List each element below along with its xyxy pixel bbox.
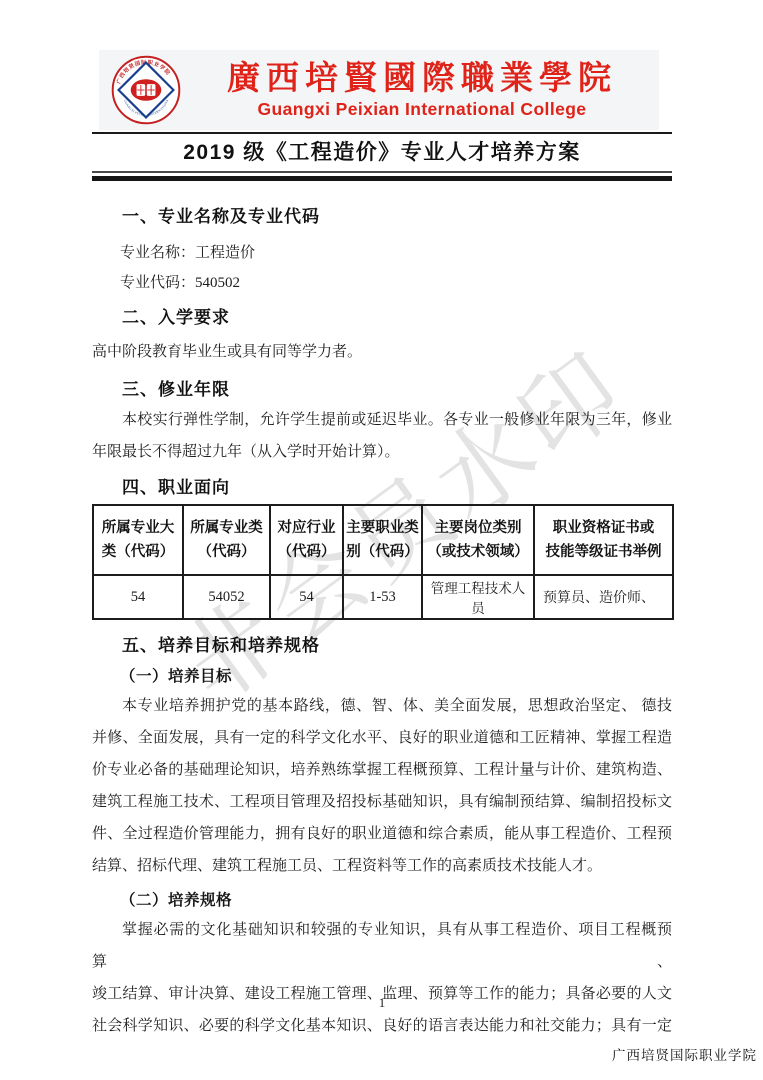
footer-college-name: 广西培贤国际职业学院 (612, 1044, 757, 1064)
title-divider (92, 171, 672, 181)
table-header-cell: 所属专业类 （代码） (183, 505, 270, 575)
table-cell: 54 (270, 575, 343, 619)
training-spec-paragraph: 掌握必需的文化基础知识和较强的专业知识，具有从事工程造价、项目工程概预算、竣工结… (92, 914, 672, 1042)
table-data-row: 5454052541-53管理工程技术人员预算员、造价师、 (93, 575, 673, 619)
table-header-cell: 主要岗位类别 （或技术领域） (422, 505, 534, 575)
table-header-cell: 对应行业 （代码） (270, 505, 343, 575)
table-header-cell: 职业资格证书或 技能等级证书举例 (534, 505, 673, 575)
table-header-row: 所属专业大 类（代码）所属专业类 （代码）对应行业 （代码）主要职业类 别（代码… (93, 505, 673, 575)
table-cell: 管理工程技术人员 (422, 575, 534, 619)
table-cell: 预算员、造价师、 (534, 575, 673, 619)
subsection-1-heading: （一）培养目标 (92, 666, 672, 688)
page-number: 1 (92, 995, 672, 1011)
career-orientation-table: 所属专业大 类（代码）所属专业类 （代码）对应行业 （代码）主要职业类 别（代码… (92, 504, 674, 620)
college-name-en: Guangxi Peixian International College (195, 99, 649, 119)
table-header-cell: 所属专业大 类（代码） (93, 505, 183, 575)
paragraph-line: 并修、全面发展，具有一定的科学文化水平、良好的职业道德和工匠精神、掌握工程造 (92, 722, 672, 754)
table-cell: 1-53 (343, 575, 422, 619)
paragraph-line: 价专业必备的基础理论知识，培养熟练掌握工程概预算、工程计量与计价、建筑构造、 (92, 754, 672, 786)
major-code-line: 专业代码：540502 (92, 272, 672, 294)
document-page: 广西培贤国际职业学院 GUANGXI PEIXIAN INTERNATIONAL… (92, 50, 672, 1042)
section-5-heading: 五、培养目标和培养规格 (92, 634, 672, 658)
seal-center-oval (131, 79, 162, 101)
section-2-heading: 二、入学要求 (92, 306, 672, 330)
subsection-2-heading: （二）培养规格 (92, 890, 672, 912)
paragraph-line: 建筑工程施工技术、工程项目管理及招投标基础知识，具有编制预结算、编制招投标文 (92, 786, 672, 818)
college-name-zh: 廣西培賢國際職業學院 (195, 61, 649, 97)
admission-requirement-line: 高中阶段教育毕业生或具有同等学力者。 (92, 340, 672, 364)
paragraph-line: 社会科学知识、必要的科学文化基本知识、良好的语言表达能力和社交能力；具有一定 (92, 1010, 672, 1042)
section-4-heading: 四、职业面向 (92, 476, 672, 500)
college-banner: 广西培贤国际职业学院 GUANGXI PEIXIAN INTERNATIONAL… (99, 50, 659, 130)
table-cell: 54 (93, 575, 183, 619)
paragraph-line: 掌握必需的文化基础知识和较强的专业知识，具有从事工程造价、项目工程概预算、 (92, 914, 672, 978)
paragraph-line: 本校实行弹性学制，允许学生提前或延迟毕业。各专业一般修业年限为三年，修业 (92, 404, 672, 436)
college-seal-logo: 广西培贤国际职业学院 GUANGXI PEIXIAN INTERNATIONAL… (109, 54, 183, 126)
paragraph-line: 年限最长不得超过九年（从入学时开始计算）。 (92, 436, 672, 468)
paragraph-line: 结算、招标代理、建筑工程施工员、工程资料等工作的高素质技术技能人才。 (92, 850, 672, 882)
training-objective-paragraph: 本专业培养拥护党的基本路线，德、智、体、美全面发展，思想政治坚定、 德技并修、全… (92, 690, 672, 882)
college-name-block: 廣西培賢國際職業學院 Guangxi Peixian International… (195, 61, 659, 119)
paragraph-line: 本专业培养拥护党的基本路线，德、智、体、美全面发展，思想政治坚定、 德技 (92, 690, 672, 722)
table-header-cell: 主要职业类 别（代码） (343, 505, 422, 575)
section-3-heading: 三、修业年限 (92, 378, 672, 402)
study-duration-paragraph: 本校实行弹性学制，允许学生提前或延迟毕业。各专业一般修业年限为三年，修业年限最长… (92, 404, 672, 468)
paragraph-line: 件、全过程造价管理能力，拥有良好的职业道德和综合素质，能从事工程造价、工程预 (92, 818, 672, 850)
table-cell: 54052 (183, 575, 270, 619)
document-title: 2019 级《工程造价》专业人才培养方案 (92, 134, 672, 171)
major-name-line: 专业名称：工程造价 (92, 242, 672, 264)
section-1-heading: 一、专业名称及专业代码 (92, 205, 672, 229)
